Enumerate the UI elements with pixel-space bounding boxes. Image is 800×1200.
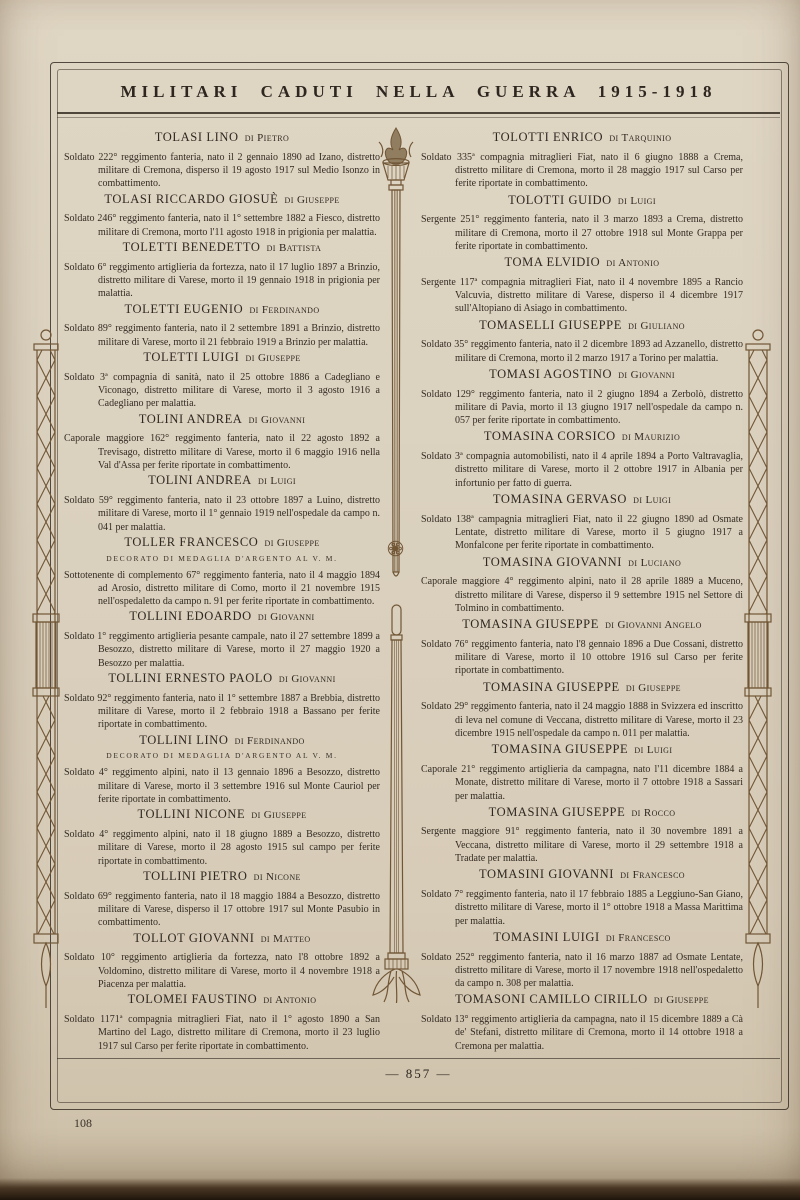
soldier-entry: TOLLINI LINO di FerdinandoDECORATO DI ME…	[64, 734, 380, 807]
lattice-ornament-icon	[30, 324, 63, 1016]
baton-icon	[368, 601, 424, 1053]
soldier-father: di Giuseppe	[285, 194, 340, 206]
soldier-name: TOMASINA GIUSEPPE	[483, 680, 620, 694]
soldier-record: Soldato 4° reggimento alpini, nato il 13…	[64, 766, 380, 806]
soldier-entry: TOLLINI PIETRO di NiconeSoldato 69° regg…	[64, 870, 380, 930]
soldier-name: TOMASINA GERVASO	[493, 492, 627, 506]
soldier-name-heading: TOLETTI LUIGI di Giuseppe	[64, 351, 380, 365]
soldier-name: TOLOTTI GUIDO	[508, 193, 612, 207]
soldier-father: di Luigi	[634, 744, 672, 756]
soldier-name-heading: TOLINI ANDREA di Giovanni	[64, 413, 380, 427]
soldier-record: Soldato 246° reggimento fanteria, nato i…	[64, 212, 380, 239]
page-number: — 857 —	[60, 1066, 777, 1082]
soldier-name-heading: TOLASI LINO di Pietro	[64, 131, 380, 145]
soldier-entry: TOLLOT GIOVANNI di MatteoSoldato 10° reg…	[64, 932, 380, 992]
soldier-name-heading: TOLOTTI GUIDO di Luigi	[421, 194, 743, 208]
soldier-record: Soldato 10° reggimento artiglieria da fo…	[64, 951, 380, 991]
soldier-record: Sergente maggiore 91° reggimento fanteri…	[421, 825, 743, 865]
soldier-name-heading: TOMASINA GIUSEPPE di Giovanni Angelo	[421, 618, 743, 632]
header-rule-thick	[57, 112, 780, 114]
soldier-name: TOMASI AGOSTINO	[489, 367, 612, 381]
soldier-father: di Giovanni	[279, 673, 336, 685]
soldier-record: Soldato 35° reggimento fanteria, nato il…	[421, 338, 743, 365]
soldier-entry: TOMASINA GIUSEPPE di GiuseppeSoldato 29°…	[421, 681, 743, 741]
rosette-icon	[386, 539, 405, 558]
soldier-record: Soldato 4° reggimento alpini, nato il 18…	[64, 828, 380, 868]
soldier-entry: TOLLINI EDOARDO di GiovanniSoldato 1° re…	[64, 610, 380, 670]
soldier-name: TOLLINI PIETRO	[143, 869, 247, 883]
soldier-name: TOMASINA GIOVANNI	[483, 555, 622, 569]
soldier-name: TOMASINA GIUSEPPE	[489, 805, 626, 819]
soldier-father: di Pietro	[245, 132, 289, 144]
left-column: TOLASI LINO di PietroSoldato 222° reggim…	[64, 131, 380, 1053]
soldier-father: di Giovanni	[249, 414, 306, 426]
soldier-father: di Giuseppe	[626, 682, 681, 694]
page-title: MILITARI CADUTI NELLA GUERRA 1915-1918	[60, 82, 777, 102]
soldier-entry: TOMASELLI GIUSEPPE di GiulianoSoldato 35…	[421, 319, 743, 365]
torch-icon	[369, 126, 423, 608]
soldier-name-heading: TOLLINI PIETRO di Nicone	[64, 870, 380, 884]
soldier-name: TOLINI ANDREA	[148, 473, 252, 487]
book-edge-shadow	[0, 1178, 800, 1200]
soldier-record: Soldato 129° reggimento fanteria, nato i…	[421, 388, 743, 428]
soldier-record: Sottotenente di complemento 67° reggimen…	[64, 569, 380, 609]
soldier-record: Soldato 6° reggimento artiglieria da for…	[64, 261, 380, 301]
soldier-entry: TOLLER FRANCESCO di GiuseppeDECORATO DI …	[64, 536, 380, 609]
soldier-record: Sergente 117ª compagnia mitraglieri Fiat…	[421, 276, 743, 316]
soldier-entry: TOLOTTI GUIDO di LuigiSergente 251° regg…	[421, 194, 743, 254]
soldier-record: Soldato 222° reggimento fanteria, nato i…	[64, 151, 380, 191]
soldier-father: di Luigi	[258, 475, 296, 487]
soldier-father: di Maurizio	[622, 431, 680, 443]
soldier-entry: TOMASONI CAMILLO CIRILLO di GiuseppeSold…	[421, 993, 743, 1053]
soldier-father: di Giuliano	[628, 320, 685, 332]
soldier-entry: TOLETTI LUIGI di GiuseppeSoldato 3ª comp…	[64, 351, 380, 411]
soldier-father: di Ferdinando	[235, 735, 305, 747]
soldier-record: Soldato 92° reggimento fanteria, nato il…	[64, 692, 380, 732]
honor-line: DECORATO DI MEDAGLIA D'ARGENTO AL V. M.	[64, 751, 380, 760]
folio-number: 108	[74, 1116, 92, 1131]
soldier-name: TOMASINA CORSICO	[484, 429, 616, 443]
soldier-entry: TOMASINA GIUSEPPE di Giovanni AngeloSold…	[421, 618, 743, 678]
soldier-name-heading: TOLOMEI FAUSTINO di Antonio	[64, 993, 380, 1007]
soldier-record: Soldato 76° reggimento fanteria, nato l'…	[421, 638, 743, 678]
soldier-name-heading: TOMASINA GIUSEPPE di Rocco	[421, 806, 743, 820]
soldier-name-heading: TOLLINI ERNESTO PAOLO di Giovanni	[64, 672, 380, 686]
soldier-name-heading: TOMA ELVIDIO di Antonio	[421, 256, 743, 270]
soldier-name-heading: TOMASI AGOSTINO di Giovanni	[421, 368, 743, 382]
soldier-name-heading: TOLETTI EUGENIO di Ferdinando	[64, 303, 380, 317]
soldier-record: Soldato 3ª compagnia automobilisti, nato…	[421, 450, 743, 490]
soldier-name-heading: TOMASONI CAMILLO CIRILLO di Giuseppe	[421, 993, 743, 1007]
soldier-entry: TOMASI AGOSTINO di GiovanniSoldato 129° …	[421, 368, 743, 428]
header-rule-thin	[57, 117, 780, 118]
soldier-name: TOLETTI LUIGI	[143, 350, 239, 364]
footer-rule	[57, 1058, 780, 1059]
soldier-name: TOLOMEI FAUSTINO	[128, 992, 258, 1006]
soldier-name: TOMASELLI GIUSEPPE	[479, 318, 622, 332]
soldier-entry: TOMASINI GIOVANNI di FrancescoSoldato 7°…	[421, 868, 743, 928]
soldier-entry: TOLASI RICCARDO GIOSUÈ di GiuseppeSoldat…	[64, 193, 380, 239]
soldier-father: di Ferdinando	[249, 304, 319, 316]
soldier-record: Soldato 138ª campagnia mitraglieri Fiat,…	[421, 513, 743, 553]
soldier-name: TOLLINI LINO	[139, 733, 228, 747]
soldier-record: Soldato 3ª compagnia di sanità, nato il …	[64, 371, 380, 411]
soldier-father: di Giovanni	[618, 369, 675, 381]
soldier-name: TOLLINI EDOARDO	[129, 609, 251, 623]
soldier-name: TOLOTTI ENRICO	[493, 130, 604, 144]
soldier-name-heading: TOLLER FRANCESCO di Giuseppe	[64, 536, 380, 550]
soldier-record: Soldato 13° reggimento artiglieria da ca…	[421, 1013, 743, 1053]
soldier-name-heading: TOLLOT GIOVANNI di Matteo	[64, 932, 380, 946]
soldier-record: Soldato 335ª compagnia mitraglieri Fiat,…	[421, 151, 743, 191]
soldier-father: di Giovanni Angelo	[605, 619, 702, 631]
soldier-father: di Giuseppe	[265, 537, 320, 549]
honor-line: DECORATO DI MEDAGLIA D'ARGENTO AL V. M.	[64, 554, 380, 563]
soldier-father: di Matteo	[261, 933, 311, 945]
soldier-name-heading: TOMASINI LUIGI di Francesco	[421, 931, 743, 945]
soldier-name-heading: TOMASINA GIOVANNI di Luciano	[421, 556, 743, 570]
soldier-entry: TOMASINA CORSICO di MaurizioSoldato 3ª c…	[421, 430, 743, 490]
soldier-entry: TOLOMEI FAUSTINO di AntonioSoldato 1171ª…	[64, 993, 380, 1053]
soldier-father: di Luigi	[618, 195, 656, 207]
soldier-name-heading: TOMASINA GIUSEPPE di Giuseppe	[421, 681, 743, 695]
soldier-name: TOMASINI GIOVANNI	[479, 867, 614, 881]
soldier-record: Soldato 7° reggimento fanteria, nato il …	[421, 888, 743, 928]
soldier-entry: TOLINI ANDREA di GiovanniCaporale maggio…	[64, 413, 380, 473]
soldier-name-heading: TOMASINA GERVASO di Luigi	[421, 493, 743, 507]
soldier-record: Soldato 252° reggimento fanteria, nato i…	[421, 951, 743, 991]
soldier-father: di Battista	[267, 242, 322, 254]
soldier-father: di Francesco	[620, 869, 685, 881]
soldier-name-heading: TOLLINI NICONE di Giuseppe	[64, 808, 380, 822]
soldier-name-heading: TOLLINI EDOARDO di Giovanni	[64, 610, 380, 624]
soldier-father: di Nicone	[254, 871, 301, 883]
soldier-name: TOMA ELVIDIO	[505, 255, 601, 269]
soldier-entry: TOLETTI BENEDETTO di BattistaSoldato 6° …	[64, 241, 380, 301]
soldier-father: di Antonio	[263, 994, 316, 1006]
soldier-father: di Giuseppe	[654, 994, 709, 1006]
soldier-name-heading: TOLETTI BENEDETTO di Battista	[64, 241, 380, 255]
soldier-father: di Giuseppe	[246, 352, 301, 364]
soldier-father: di Luciano	[628, 557, 681, 569]
soldier-entry: TOMASINA GIOVANNI di LucianoCaporale mag…	[421, 556, 743, 616]
soldier-name: TOLETTI EUGENIO	[125, 302, 244, 316]
soldier-name: TOLLINI ERNESTO PAOLO	[108, 671, 272, 685]
soldier-name-heading: TOLINI ANDREA di Luigi	[64, 474, 380, 488]
soldier-record: Soldato 59° reggimento fanteria, nato il…	[64, 494, 380, 534]
soldier-record: Caporale maggiore 162° reggimento fanter…	[64, 432, 380, 472]
soldier-record: Sergente 251° reggimento fanteria, nato …	[421, 213, 743, 253]
lattice-ornament-icon	[742, 324, 775, 1016]
soldier-father: di Rocco	[631, 807, 675, 819]
soldier-father: di Luigi	[633, 494, 671, 506]
soldier-entry: TOMASINA GERVASO di LuigiSoldato 138ª ca…	[421, 493, 743, 553]
soldier-record: Soldato 1171ª compagnia mitraglieri Fiat…	[64, 1013, 380, 1053]
soldier-father: di Giuseppe	[251, 809, 306, 821]
soldier-record: Soldato 1° reggimento artiglieria pesant…	[64, 630, 380, 670]
soldier-name-heading: TOLASI RICCARDO GIOSUÈ di Giuseppe	[64, 193, 380, 207]
soldier-name: TOMASONI CAMILLO CIRILLO	[455, 992, 648, 1006]
soldier-father: di Tarquinio	[609, 132, 671, 144]
soldier-name: TOLLER FRANCESCO	[124, 535, 258, 549]
soldier-name: TOMASINA GIUSEPPE	[492, 742, 629, 756]
soldier-name: TOLLOT GIOVANNI	[133, 931, 254, 945]
soldier-name: TOLASI RICCARDO GIOSUÈ	[104, 192, 278, 206]
soldier-name-heading: TOMASINA GIUSEPPE di Luigi	[421, 743, 743, 757]
soldier-name: TOLINI ANDREA	[139, 412, 243, 426]
soldier-name: TOMASINA GIUSEPPE	[462, 617, 599, 631]
soldier-name-heading: TOMASINA CORSICO di Maurizio	[421, 430, 743, 444]
soldier-entry: TOLASI LINO di PietroSoldato 222° reggim…	[64, 131, 380, 191]
soldier-entry: TOMASINA GIUSEPPE di LuigiCaporale 21° r…	[421, 743, 743, 803]
soldier-record: Soldato 69° reggimento fanteria, nato il…	[64, 890, 380, 930]
soldier-name: TOLETTI BENEDETTO	[123, 240, 261, 254]
soldier-father: di Giovanni	[258, 611, 315, 623]
right-column: TOLOTTI ENRICO di TarquinioSoldato 335ª …	[421, 131, 743, 1053]
soldier-father: di Francesco	[606, 932, 671, 944]
soldier-father: di Antonio	[606, 257, 659, 269]
soldier-record: Soldato 89° reggimento fanteria, nato il…	[64, 322, 380, 349]
soldier-record: Caporale maggiore 4° reggimento alpini, …	[421, 575, 743, 615]
soldier-name-heading: TOLLINI LINO di Ferdinando	[64, 734, 380, 748]
soldier-entry: TOMASINA GIUSEPPE di RoccoSergente maggi…	[421, 806, 743, 866]
soldier-entry: TOLOTTI ENRICO di TarquinioSoldato 335ª …	[421, 131, 743, 191]
soldier-name-heading: TOMASELLI GIUSEPPE di Giuliano	[421, 319, 743, 333]
soldier-entry: TOLINI ANDREA di LuigiSoldato 59° reggim…	[64, 474, 380, 534]
soldier-name: TOMASINI LUIGI	[493, 930, 599, 944]
soldier-entry: TOMASINI LUIGI di FrancescoSoldato 252° …	[421, 931, 743, 991]
soldier-name-heading: TOMASINI GIOVANNI di Francesco	[421, 868, 743, 882]
soldier-entry: TOLLINI ERNESTO PAOLO di GiovanniSoldato…	[64, 672, 380, 732]
soldier-name: TOLASI LINO	[155, 130, 239, 144]
soldier-entry: TOMA ELVIDIO di AntonioSergente 117ª com…	[421, 256, 743, 316]
soldier-record: Soldato 29° reggimento fanteria, nato il…	[421, 700, 743, 740]
soldier-entry: TOLLINI NICONE di GiuseppeSoldato 4° reg…	[64, 808, 380, 868]
soldier-entry: TOLETTI EUGENIO di FerdinandoSoldato 89°…	[64, 303, 380, 349]
soldier-record: Caporale 21° reggimento artiglieria da c…	[421, 763, 743, 803]
soldier-name-heading: TOLOTTI ENRICO di Tarquinio	[421, 131, 743, 145]
soldier-name: TOLLINI NICONE	[137, 807, 245, 821]
